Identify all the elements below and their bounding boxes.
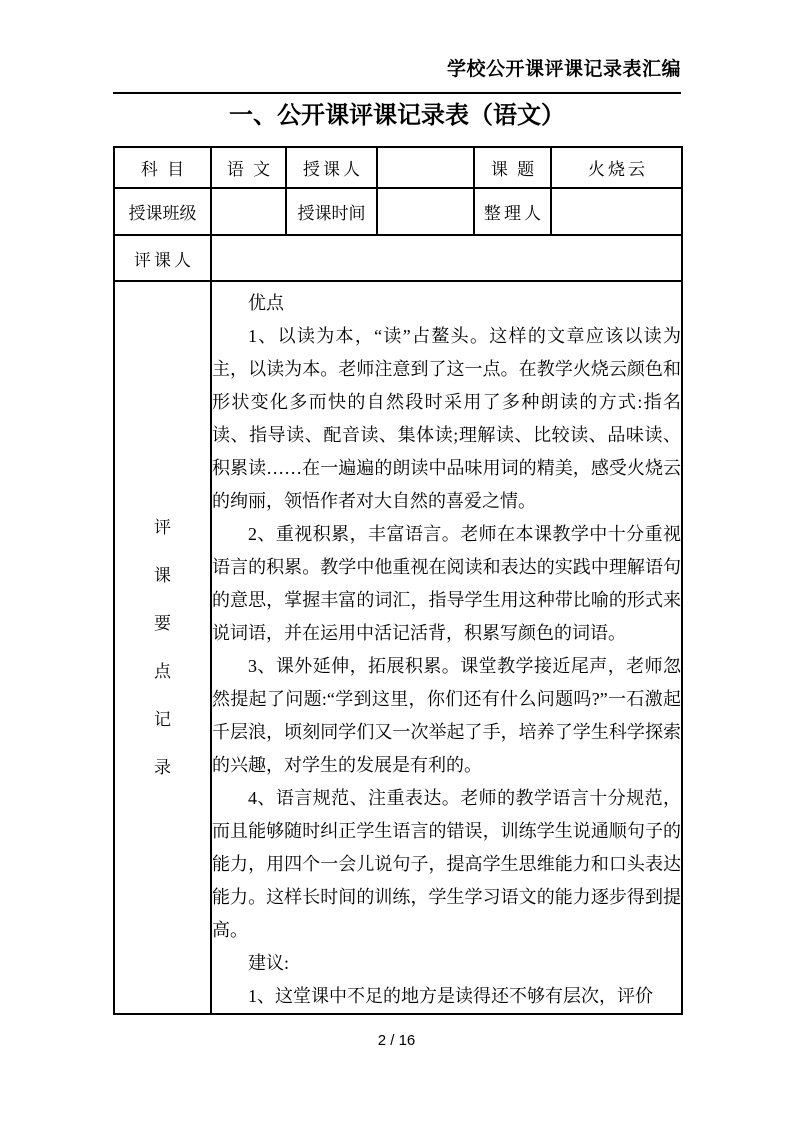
time-label: 授课时间 <box>298 204 366 223</box>
table-row: 科目 语文 授课人 课题 火烧云 <box>114 147 682 188</box>
teacher-label: 授课人 <box>303 160 363 179</box>
page-number: 2 / 16 <box>0 1032 793 1049</box>
class-label-cell: 授课班级 <box>114 188 211 235</box>
topic-label-cell: 课题 <box>474 147 551 188</box>
subject-label-cell: 科目 <box>114 147 211 188</box>
notes-paragraph: 1、这堂课中不足的地方是读得还不够有层次，评价 <box>212 980 681 1009</box>
subject-value: 语文 <box>227 160 280 179</box>
organizer-label: 整理人 <box>484 204 544 223</box>
notes-label-cell: 评课要点记录 <box>114 281 211 1014</box>
notes-paragraph: 2、重视积累，丰富语言。老师在本课教学中十分重视语言的积累。教学中他重视在阅读和… <box>212 518 681 650</box>
notes-content-cell: 优点 1、以读为本，“读”占鳌头。这样的文章应该以读为主，以读为本。老师注意到了… <box>211 281 682 1014</box>
evaluator-label-cell: 评课人 <box>114 235 211 281</box>
organizer-value-cell <box>551 188 682 235</box>
table-row: 评课人 <box>114 235 682 281</box>
notes-paragraph: 优点 <box>212 287 681 320</box>
subject-value-cell: 语文 <box>211 147 286 188</box>
evaluator-value-cell <box>211 235 682 281</box>
teacher-label-cell: 授课人 <box>286 147 377 188</box>
doc-header: 学校公开课评课记录表汇编 <box>113 58 681 82</box>
notes-section-label: 评课要点记录 <box>153 504 172 792</box>
time-label-cell: 授课时间 <box>286 188 377 235</box>
class-value-cell <box>211 188 286 235</box>
notes-paragraph: 4、语言规范、注重表达。老师的教学语言十分规范，而且能够随时纠正学生语言的错误，… <box>212 782 681 947</box>
teacher-value-cell <box>377 147 474 188</box>
notes-paragraph: 1、以读为本，“读”占鳌头。这样的文章应该以读为主，以读为本。老师注意到了这一点… <box>212 320 681 518</box>
table-row: 评课要点记录 优点 1、以读为本，“读”占鳌头。这样的文章应该以读为主，以读为本… <box>114 281 682 1014</box>
class-label: 授课班级 <box>129 204 197 223</box>
notes-paragraph: 建议: <box>212 947 681 980</box>
header-rule <box>113 92 681 94</box>
notes-paragraph: 3、课外延伸，拓展积累。课堂教学接近尾声，老师忽然提起了问题:“学到这里，你们还… <box>212 650 681 782</box>
topic-value-cell: 火烧云 <box>551 147 682 188</box>
page-title: 一、公开课评课记录表（语文） <box>113 99 681 133</box>
time-value-cell <box>377 188 474 235</box>
evaluator-label: 评课人 <box>134 251 194 270</box>
topic-value: 火烧云 <box>588 160 648 179</box>
notes-content: 优点 1、以读为本，“读”占鳌头。这样的文章应该以读为主，以读为本。老师注意到了… <box>212 287 681 1009</box>
table-row: 授课班级 授课时间 整理人 <box>114 188 682 235</box>
subject-label: 科目 <box>141 160 194 179</box>
topic-label: 课题 <box>491 160 544 179</box>
document-page: 学校公开课评课记录表汇编 一、公开课评课记录表（语文） 科目 语文 授课人 课题… <box>0 0 793 1122</box>
record-table: 科目 语文 授课人 课题 火烧云 授课班级 授课时间 整理人 评课人 <box>113 146 683 1015</box>
organizer-label-cell: 整理人 <box>474 188 551 235</box>
